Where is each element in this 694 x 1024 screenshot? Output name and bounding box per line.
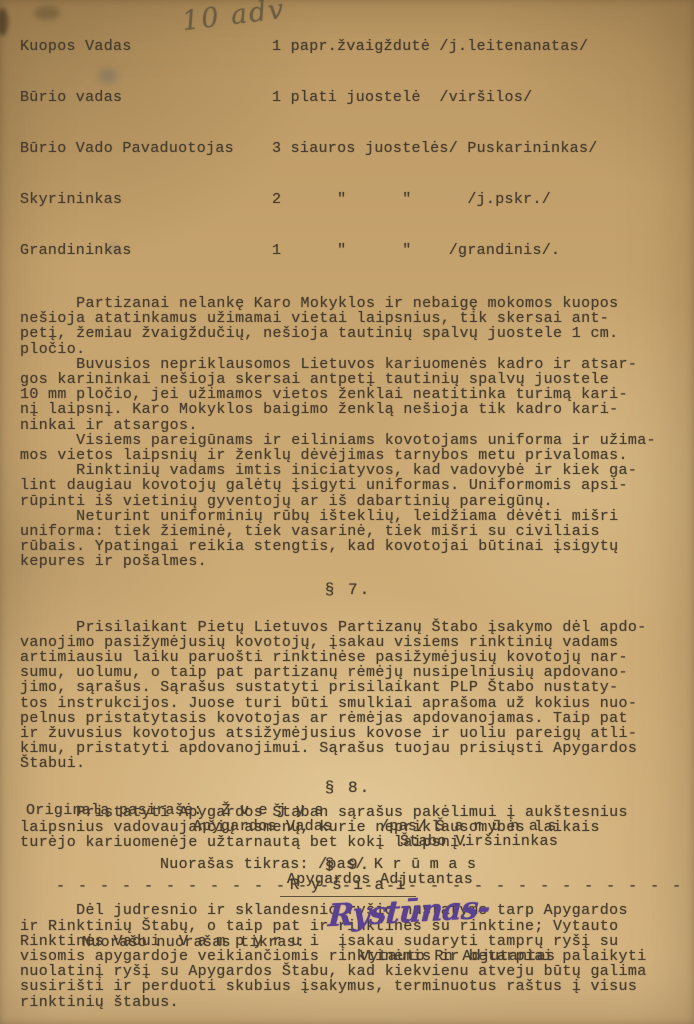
ink-smudge xyxy=(34,6,60,20)
table-row: Skyrininkas 2 " " /j.pskr./ xyxy=(20,191,676,208)
table-row: Būrio Vado Pavaduotojas 3 siauros juoste… xyxy=(20,140,676,157)
rank-insignia: 1 plati juostelė /viršilos/ xyxy=(272,89,532,106)
rank-insignia: 1 " " /grandinis/. xyxy=(272,242,560,259)
original-signed-line: Originalą pasirašė: Ž v e j y s xyxy=(26,802,324,819)
paragraph-awards: Prisilaikant Pietų Lietuvos Partizanų Št… xyxy=(20,620,676,772)
copy-of-copy-role: Vytauto Rn Adjutantas xyxy=(360,948,555,965)
blue-smudge xyxy=(94,64,122,88)
sarunas-role: Štabo Viršininkas xyxy=(400,833,558,850)
copy-of-copy-label: Nuorašo nuorašas tikras: xyxy=(82,934,305,951)
document-page: 10 adv Kuopos Vadas 1 papr.žvaigždutė /j… xyxy=(0,0,694,1024)
rank-insignia: 3 siauros juostelės/ Puskarininkas/ xyxy=(272,140,598,157)
rank-insignia: 1 papr.žvaigždutė /j.leitenanatas/ xyxy=(272,38,588,55)
rank-title: Grandininkas xyxy=(20,242,272,259)
paragraph-mixed-uniform: Neturint uniforminių rūbų išteklių, leid… xyxy=(20,509,676,570)
section-7-label: § 7. xyxy=(20,582,676,598)
ink-blot xyxy=(0,8,8,36)
paragraph-insignia-rules: Partizanai nelankę Karo Mokyklos ir neba… xyxy=(20,296,676,357)
rank-title: Būrio vadas xyxy=(20,89,272,106)
paragraph-former-officers: Buvusios nepriklausomos Lietuvos kariuom… xyxy=(20,357,676,433)
dashed-separator: - - - - - - - - - - - - - - - - - - - - … xyxy=(56,878,694,895)
original-signer-role: Apygardos Vadas xyxy=(193,818,333,835)
rank-title: Skyrininkas xyxy=(20,191,272,208)
section-8-label: § 8. xyxy=(20,780,676,796)
rank-insignia: 2 " " /j.pskr./ xyxy=(272,191,551,208)
paragraph-commanders-initiative: Rinktinių vadams imtis iniciatyvos, kad … xyxy=(20,463,676,509)
paragraph-uniform-mandatory: Visiems pareigūnams ir eiliniams kovotoj… xyxy=(20,433,676,463)
table-row: Kuopos Vadas 1 papr.žvaigždutė /j.leiten… xyxy=(20,38,676,55)
rank-title: Kuopos Vadas xyxy=(20,38,272,55)
rank-title: Būrio Vado Pavaduotojas xyxy=(20,140,272,157)
table-row: Būrio vadas 1 plati juostelė /viršilos/ xyxy=(20,89,676,106)
blue-smudge-2 xyxy=(104,240,124,256)
